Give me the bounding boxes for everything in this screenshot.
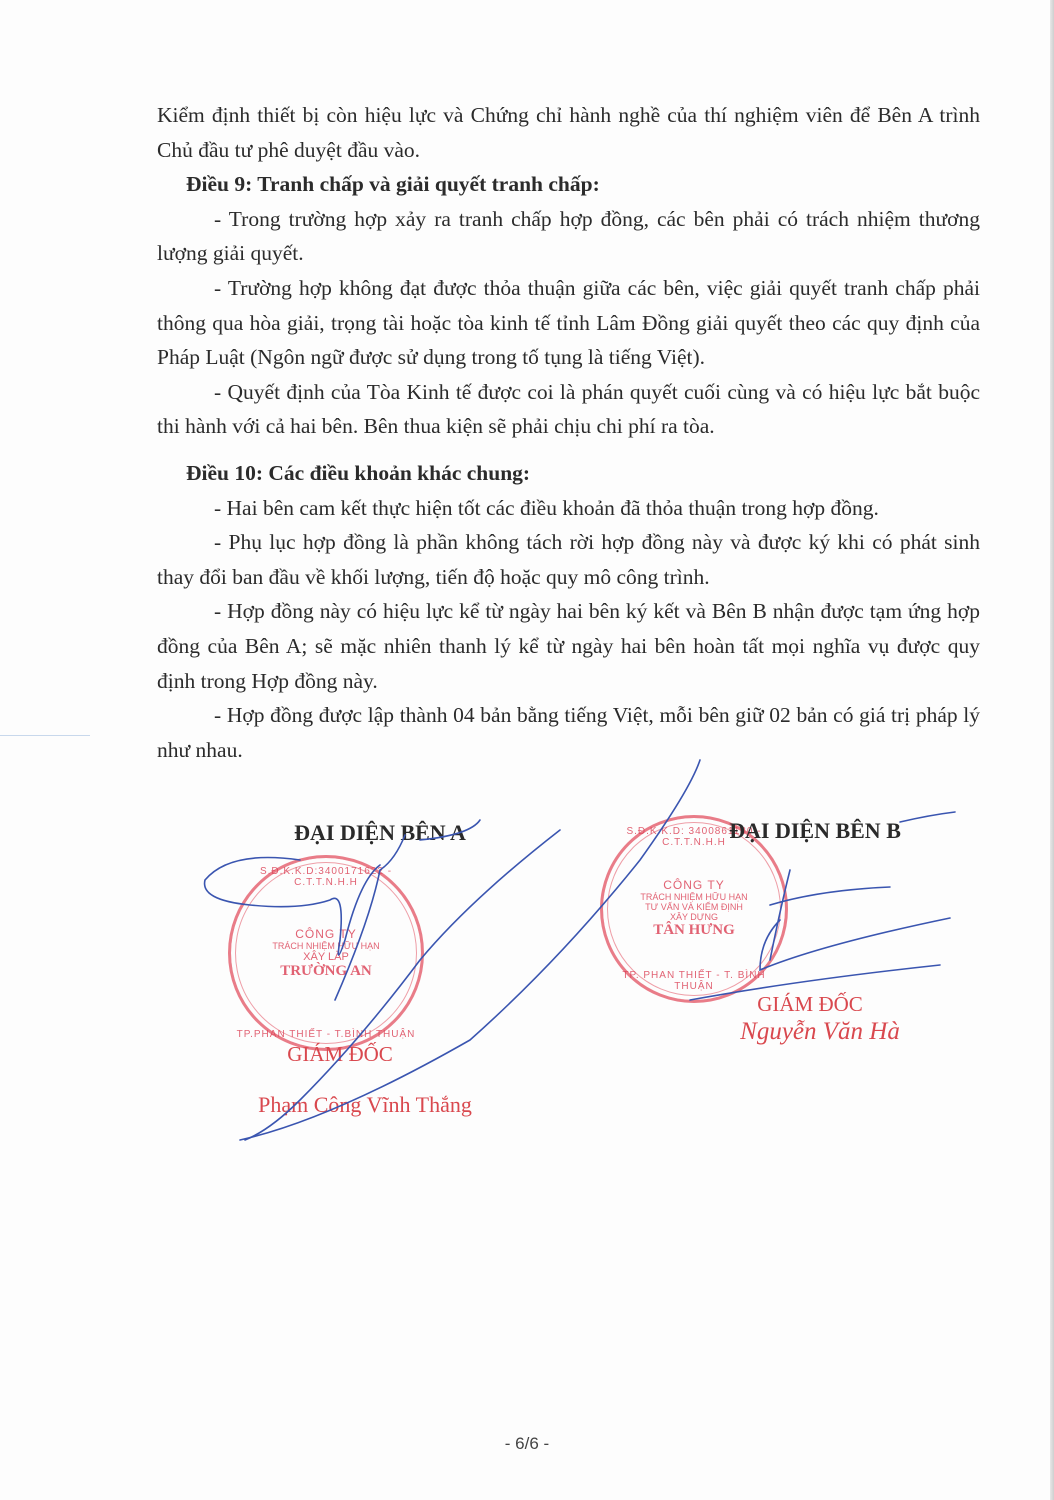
stamp-ring-top: S.Đ.K.K.D:3400171622 - C.T.T.N.H.H: [231, 866, 421, 888]
stamp-line-1: CÔNG TY: [295, 927, 356, 941]
stamp-line-2: TRÁCH NHIỆM HỮU HẠN: [272, 941, 379, 951]
party-b-name: Nguyễn Văn Hà: [700, 1018, 940, 1046]
article-9-item-1: - Trong trường hợp xảy ra tranh chấp hợp…: [157, 202, 980, 271]
article-10-item-1: - Hai bên cam kết thực hiện tốt các điều…: [157, 491, 980, 526]
signature-role-party-b: GIÁM ĐỐC: [720, 992, 900, 1017]
signature-name-party-b: Nguyễn Văn Hà: [700, 1018, 940, 1046]
signature-name-party-a: Phạm Công Vĩnh Thắng: [220, 1092, 510, 1118]
stamp-line-1: CÔNG TY: [663, 878, 724, 892]
article-9-item-2: - Trường hợp không đạt được thỏa thuận g…: [157, 271, 980, 375]
party-b-role: GIÁM ĐỐC: [720, 992, 900, 1017]
stamp-line-3: XÂY LẮP: [303, 951, 349, 963]
party-a-role: GIÁM ĐỐC: [220, 1042, 460, 1067]
article-10-item-4: - Hợp đồng được lập thành 04 bản bằng ti…: [157, 698, 980, 767]
signature-role-party-a: GIÁM ĐỐC: [220, 1042, 460, 1067]
stamp-line-2: TRÁCH NHIỆM HỮU HẠN: [640, 892, 747, 902]
stamp-ring-bottom: TP.PHAN THIẾT - T.BÌNH THUẬN: [231, 1029, 421, 1040]
party-a-title: ĐẠI DIỆN BÊN A: [230, 820, 530, 846]
page-edge: [1050, 0, 1054, 1500]
article-9-item-3: - Quyết định của Tòa Kinh tế được coi là…: [157, 375, 980, 444]
stamp-line-4: TÂN HƯNG: [653, 922, 735, 939]
stamp-line-4: TRƯỜNG AN: [280, 963, 372, 980]
contract-body: Kiểm định thiết bị còn hiệu lực và Chứng…: [157, 98, 980, 767]
stamp-line-3: TƯ VẤN VÀ KIỂM ĐỊNH XÂY DỰNG: [636, 902, 752, 922]
article-9-heading: Điều 9: Tranh chấp và giải quyết tranh c…: [157, 167, 980, 202]
page-number: - 6/6 -: [0, 1434, 1054, 1454]
margin-stamp-mark: [1020, 500, 1040, 700]
signature-block-party-a: ĐẠI DIỆN BÊN A: [230, 820, 530, 846]
article-10-heading: Điều 10: Các điều khoản khác chung:: [157, 456, 980, 491]
paragraph-continuation: Kiểm định thiết bị còn hiệu lực và Chứng…: [157, 98, 980, 167]
party-a-name: Phạm Công Vĩnh Thắng: [220, 1092, 510, 1118]
party-b-title: ĐẠI DIỆN BÊN B: [700, 818, 930, 844]
article-10-item-3: - Hợp đồng này có hiệu lực kể từ ngày ha…: [157, 594, 980, 698]
article-10-item-2: - Phụ lục hợp đồng là phần không tách rờ…: [157, 525, 980, 594]
scan-artifact-line: [0, 735, 90, 736]
signature-block-party-b: ĐẠI DIỆN BÊN B: [700, 818, 930, 844]
company-stamp-party-a: S.Đ.K.K.D:3400171622 - C.T.T.N.H.H CÔNG …: [228, 855, 424, 1051]
stamp-ring-bottom: TP. PHAN THIẾT - T. BÌNH THUẬN: [603, 970, 785, 992]
